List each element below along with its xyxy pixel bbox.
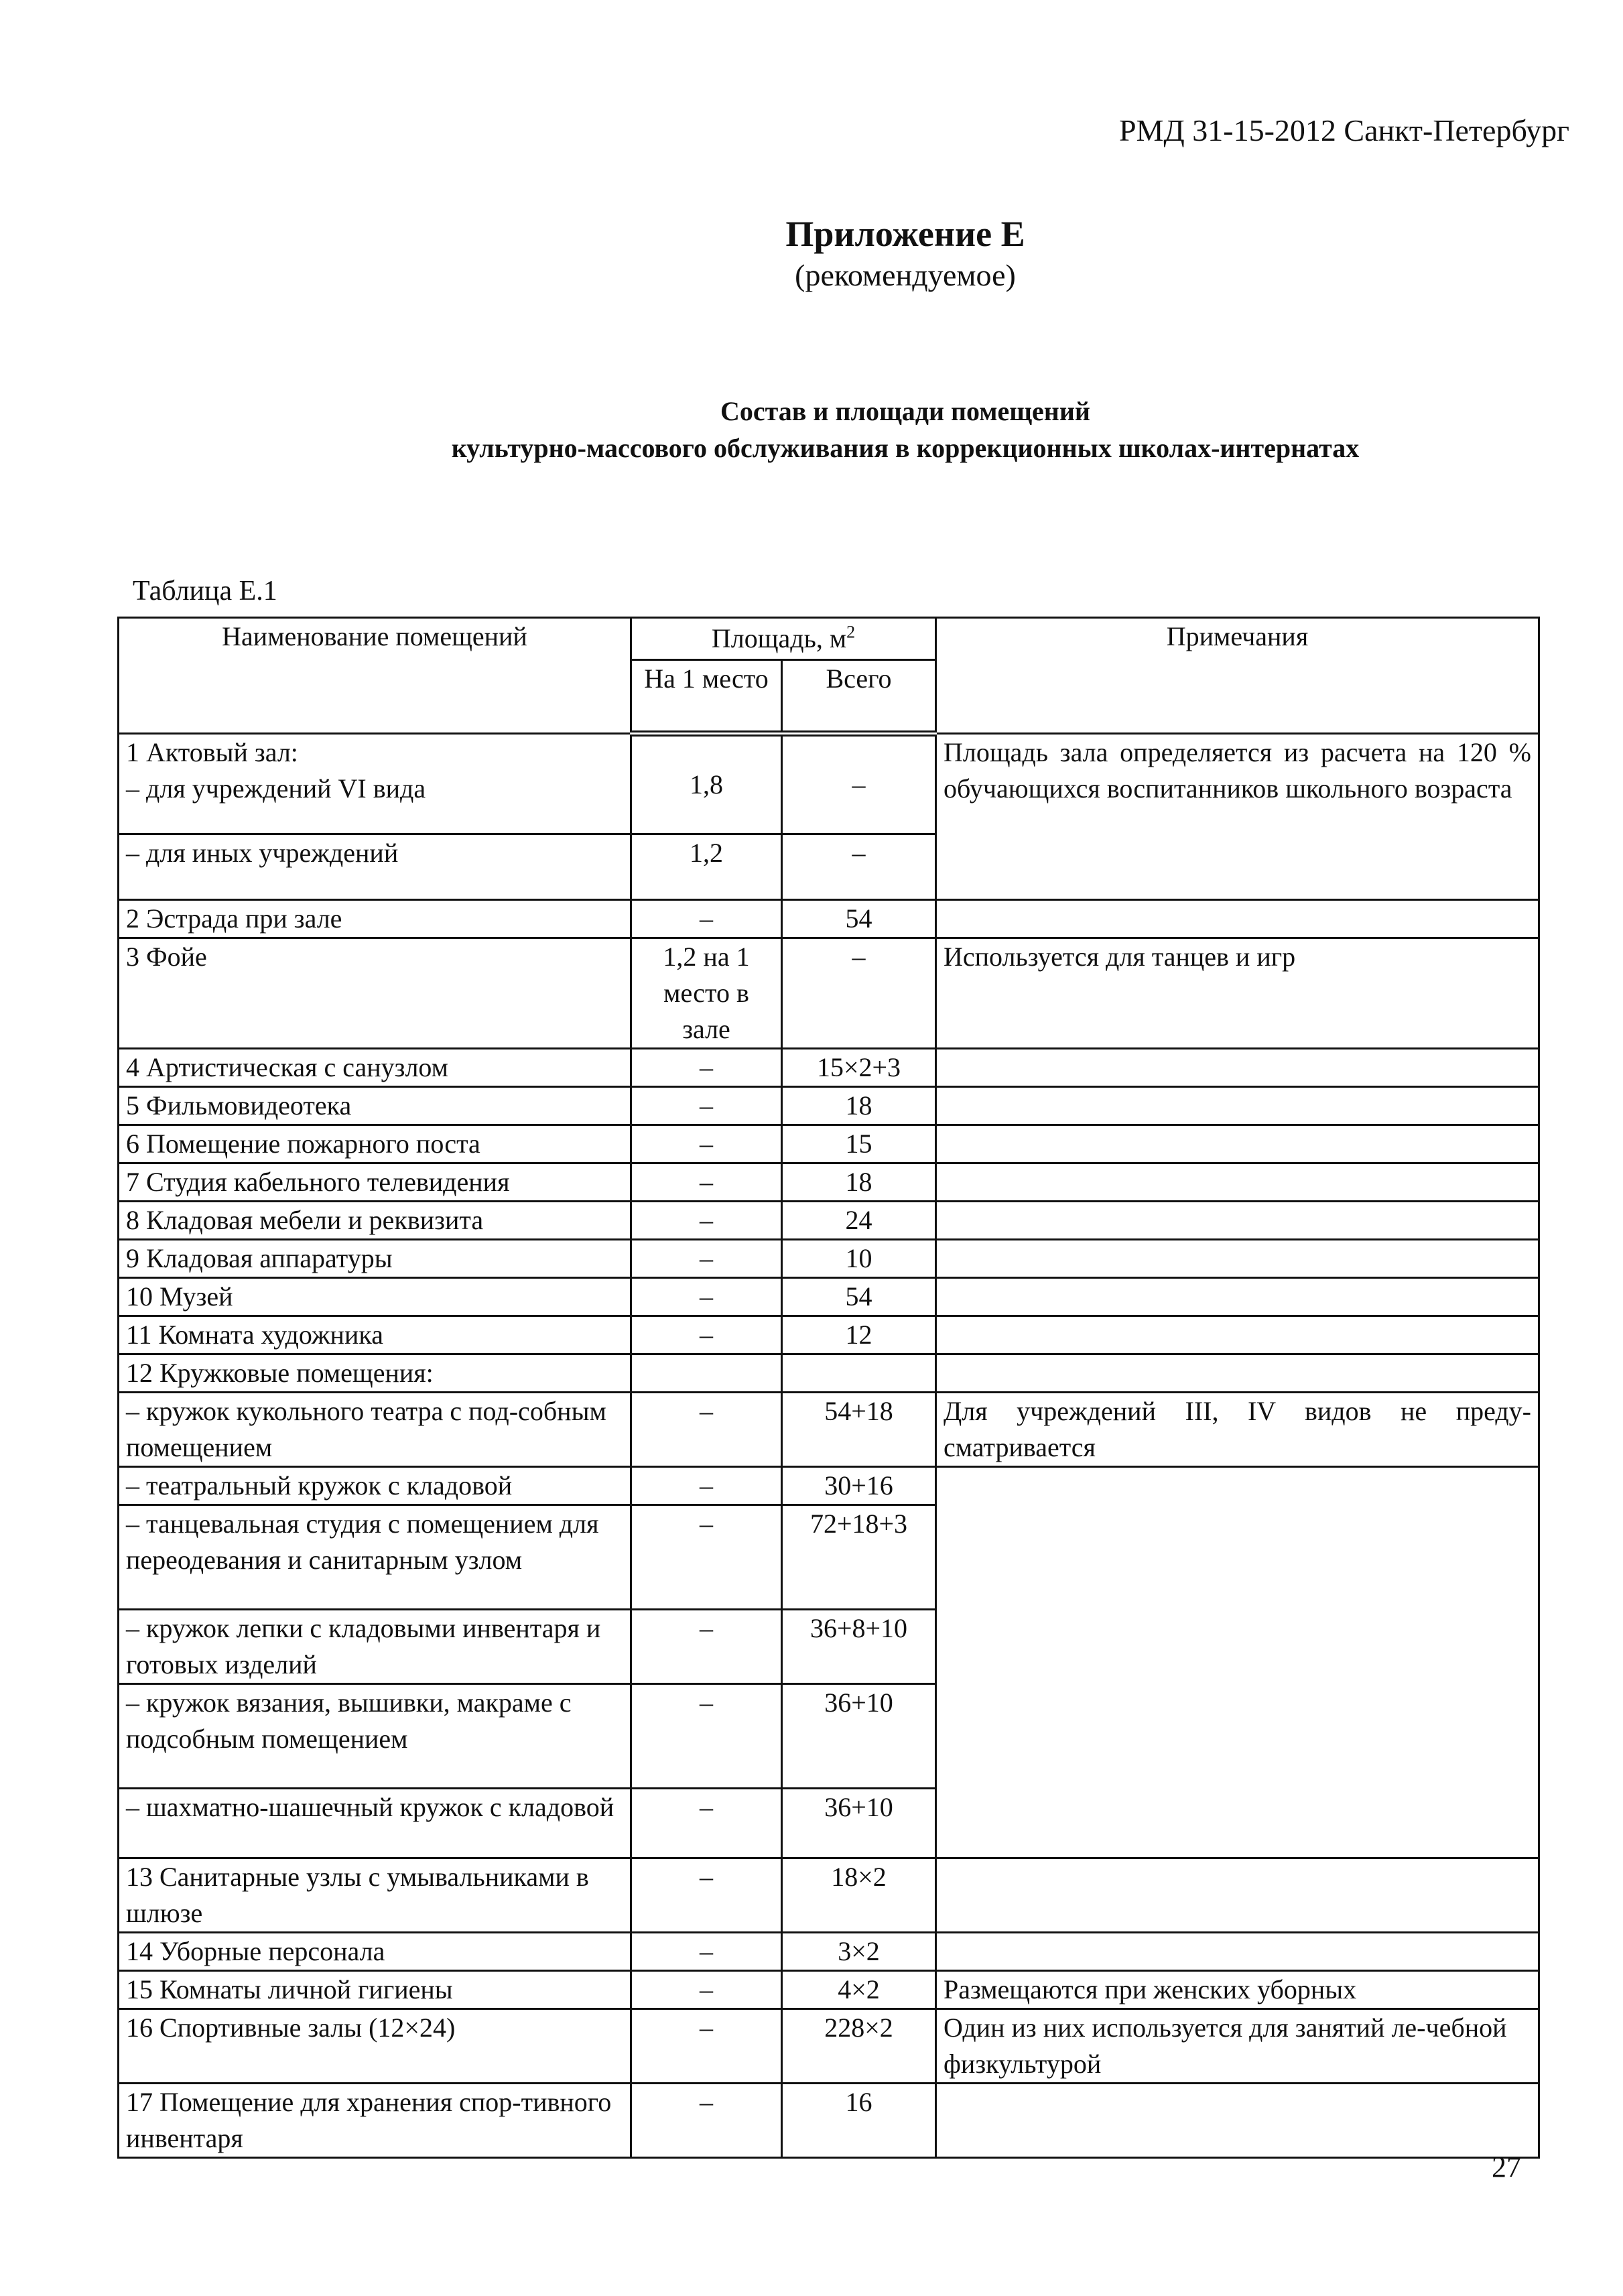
table-row: 17 Помещение для хранения спор-тивного и… (119, 2084, 1539, 2158)
cell-total: – (782, 834, 936, 900)
cell-total: 24 (782, 1202, 936, 1240)
cell-total: 228×2 (782, 2009, 936, 2084)
cell-note: Используется для танцев и игр (936, 938, 1539, 1049)
cell-note (936, 1278, 1539, 1316)
cell-per-place: – (631, 1125, 782, 1163)
cell-total: 36+10 (782, 1684, 936, 1789)
cell-per-place: – (631, 1316, 782, 1354)
cell-room-name: 4 Артистическая с санузлом (119, 1049, 631, 1087)
table-label: Таблица Е.1 (133, 575, 277, 607)
document-code: РМД 31-15-2012 Санкт-Петербург (1119, 113, 1569, 148)
cell-note-merged (936, 1467, 1539, 1858)
cell-note (936, 1125, 1539, 1163)
cell-room-name: 3 Фойе (119, 938, 631, 1049)
cell-room-name: 12 Кружковые помещения: (119, 1354, 631, 1393)
table-row: 13 Санитарные узлы с умывальниками в шлю… (119, 1858, 1539, 1933)
cell-per-place: – (631, 1163, 782, 1202)
table-row: 2 Эстрада при зале–54 (119, 900, 1539, 938)
cell-note (936, 1933, 1539, 1971)
cell-total: 54+18 (782, 1393, 936, 1467)
cell-total: 18×2 (782, 1858, 936, 1933)
cell-per-place: – (631, 1087, 782, 1125)
cell-total: 18 (782, 1087, 936, 1125)
cell-total: 15 (782, 1125, 936, 1163)
cell-note (936, 1087, 1539, 1125)
cell-total: 15×2+3 (782, 1049, 936, 1087)
cell-room-name: 17 Помещение для хранения спор-тивного и… (119, 2084, 631, 2158)
cell-room-name: 2 Эстрада при зале (119, 900, 631, 938)
cell-room-name: – театральный кружок с кладовой (119, 1467, 631, 1505)
cell-total: 36+10 (782, 1789, 936, 1858)
table-header-row: Наименование помещений Площадь, м2 Приме… (119, 618, 1539, 660)
cell-room-name: 10 Музей (119, 1278, 631, 1316)
cell-per-place: 1,2 на 1 место в зале (631, 938, 782, 1049)
table-row: 9 Кладовая аппаратуры–10 (119, 1240, 1539, 1278)
header-per-place: На 1 место (631, 660, 782, 734)
cell-room-name: – кружок лепки с кладовыми инвентаря и г… (119, 1610, 631, 1684)
cell-per-place: 1,2 (631, 834, 782, 900)
cell-note (936, 1240, 1539, 1278)
cell-total: 72+18+3 (782, 1505, 936, 1610)
table-row: – кружок кукольного театра с под-собным … (119, 1393, 1539, 1467)
cell-room-name: – кружок кукольного театра с под-собным … (119, 1393, 631, 1467)
cell-total: – (782, 938, 936, 1049)
cell-room-name: 16 Спортивные залы (12×24) (119, 2009, 631, 2084)
table-row: 3 Фойе1,2 на 1 место в зале–Используется… (119, 938, 1539, 1049)
cell-total: – (782, 734, 936, 834)
cell-note (936, 1858, 1539, 1933)
cell-room-name: 13 Санитарные узлы с умывальниками в шлю… (119, 1858, 631, 1933)
cell-note (936, 1163, 1539, 1202)
cell-per-place: – (631, 1610, 782, 1684)
cell-note-merged: Площадь зала определяется из расчета на … (936, 734, 1539, 900)
table-row: 16 Спортивные залы (12×24)–228×2Один из … (119, 2009, 1539, 2084)
cell-per-place: – (631, 1684, 782, 1789)
cell-room-name: 6 Помещение пожарного поста (119, 1125, 631, 1163)
header-notes: Примечания (936, 618, 1539, 734)
table-row: 7 Студия кабельного телевидения–18 (119, 1163, 1539, 1202)
cell-room-name: – шахматно-шашечный кружок с кладовой (119, 1789, 631, 1858)
cell-note (936, 1049, 1539, 1087)
table-row: 5 Фильмовидеотека–18 (119, 1087, 1539, 1125)
cell-per-place: – (631, 1049, 782, 1087)
cell-room-name: – для иных учреждений (119, 834, 631, 900)
header-total: Всего (782, 660, 936, 734)
table-row: 10 Музей–54 (119, 1278, 1539, 1316)
cell-per-place: – (631, 1240, 782, 1278)
cell-per-place: 1,8 (631, 734, 782, 834)
table-row: 4 Артистическая с санузлом–15×2+3 (119, 1049, 1539, 1087)
table-row: – театральный кружок с кладовой–30+16 (119, 1467, 1539, 1505)
cell-total (782, 1354, 936, 1393)
cell-total: 54 (782, 1278, 936, 1316)
cell-note: Размещаются при женских уборных (936, 1971, 1539, 2009)
header-area-group: Площадь, м2 (631, 618, 936, 660)
cell-per-place (631, 1354, 782, 1393)
cell-note-merged (936, 1354, 1539, 1393)
cell-note (936, 900, 1539, 938)
cell-total: 54 (782, 900, 936, 938)
cell-per-place: – (631, 1393, 782, 1467)
cell-room-name: – танцевальная студия с помещением для п… (119, 1505, 631, 1610)
cell-per-place: – (631, 1858, 782, 1933)
rooms-table: Наименование помещений Площадь, м2 Приме… (117, 617, 1540, 2159)
cell-note (936, 2084, 1539, 2158)
appendix-subtitle: (рекомендуемое) (94, 257, 1623, 293)
table-caption-line-1: Состав и площади помещений (94, 395, 1623, 427)
table-caption-line-2: культурно-массового обслуживания в корре… (94, 432, 1623, 464)
cell-room-name: 5 Фильмовидеотека (119, 1087, 631, 1125)
table-row: 1 Актовый зал: – для учреждений VI вида1… (119, 734, 1539, 834)
cell-note (936, 1202, 1539, 1240)
cell-room-name: 15 Комнаты личной гигиены (119, 1971, 631, 2009)
cell-total: 36+8+10 (782, 1610, 936, 1684)
cell-room-name: 9 Кладовая аппаратуры (119, 1240, 631, 1278)
cell-total: 16 (782, 2084, 936, 2158)
appendix-title: Приложение Е (94, 213, 1623, 255)
cell-per-place: – (631, 1971, 782, 2009)
page-number: 27 (1492, 2150, 1521, 2184)
cell-room-name: 8 Кладовая мебели и реквизита (119, 1202, 631, 1240)
cell-total: 30+16 (782, 1467, 936, 1505)
table-row: 15 Комнаты личной гигиены–4×2Размещаются… (119, 1971, 1539, 2009)
cell-per-place: – (631, 1278, 782, 1316)
table-row: 12 Кружковые помещения: (119, 1354, 1539, 1393)
cell-room-name: 14 Уборные персонала (119, 1933, 631, 1971)
cell-room-name: 11 Комната художника (119, 1316, 631, 1354)
cell-total: 3×2 (782, 1933, 936, 1971)
cell-room-name: 7 Студия кабельного телевидения (119, 1163, 631, 1202)
cell-room-name: – кружок вязания, вышивки, макраме с под… (119, 1684, 631, 1789)
cell-per-place: – (631, 2009, 782, 2084)
table-row: 11 Комната художника–12 (119, 1316, 1539, 1354)
cell-per-place: – (631, 2084, 782, 2158)
cell-note-merged: Для учреждений III, IV видов не преду-см… (936, 1393, 1539, 1467)
table-row: 6 Помещение пожарного поста–15 (119, 1125, 1539, 1163)
cell-per-place: – (631, 1789, 782, 1858)
cell-per-place: – (631, 900, 782, 938)
cell-per-place: – (631, 1202, 782, 1240)
cell-per-place: – (631, 1467, 782, 1505)
cell-note (936, 1316, 1539, 1354)
table-row: 14 Уборные персонала–3×2 (119, 1933, 1539, 1971)
cell-room-name: 1 Актовый зал: – для учреждений VI вида (119, 734, 631, 834)
cell-per-place: – (631, 1933, 782, 1971)
table-row: 8 Кладовая мебели и реквизита–24 (119, 1202, 1539, 1240)
header-room-name: Наименование помещений (119, 618, 631, 734)
cell-total: 10 (782, 1240, 936, 1278)
cell-total: 18 (782, 1163, 936, 1202)
cell-per-place: – (631, 1505, 782, 1610)
cell-total: 4×2 (782, 1971, 936, 2009)
cell-total: 12 (782, 1316, 936, 1354)
cell-note: Один из них используется для занятий ле-… (936, 2009, 1539, 2084)
